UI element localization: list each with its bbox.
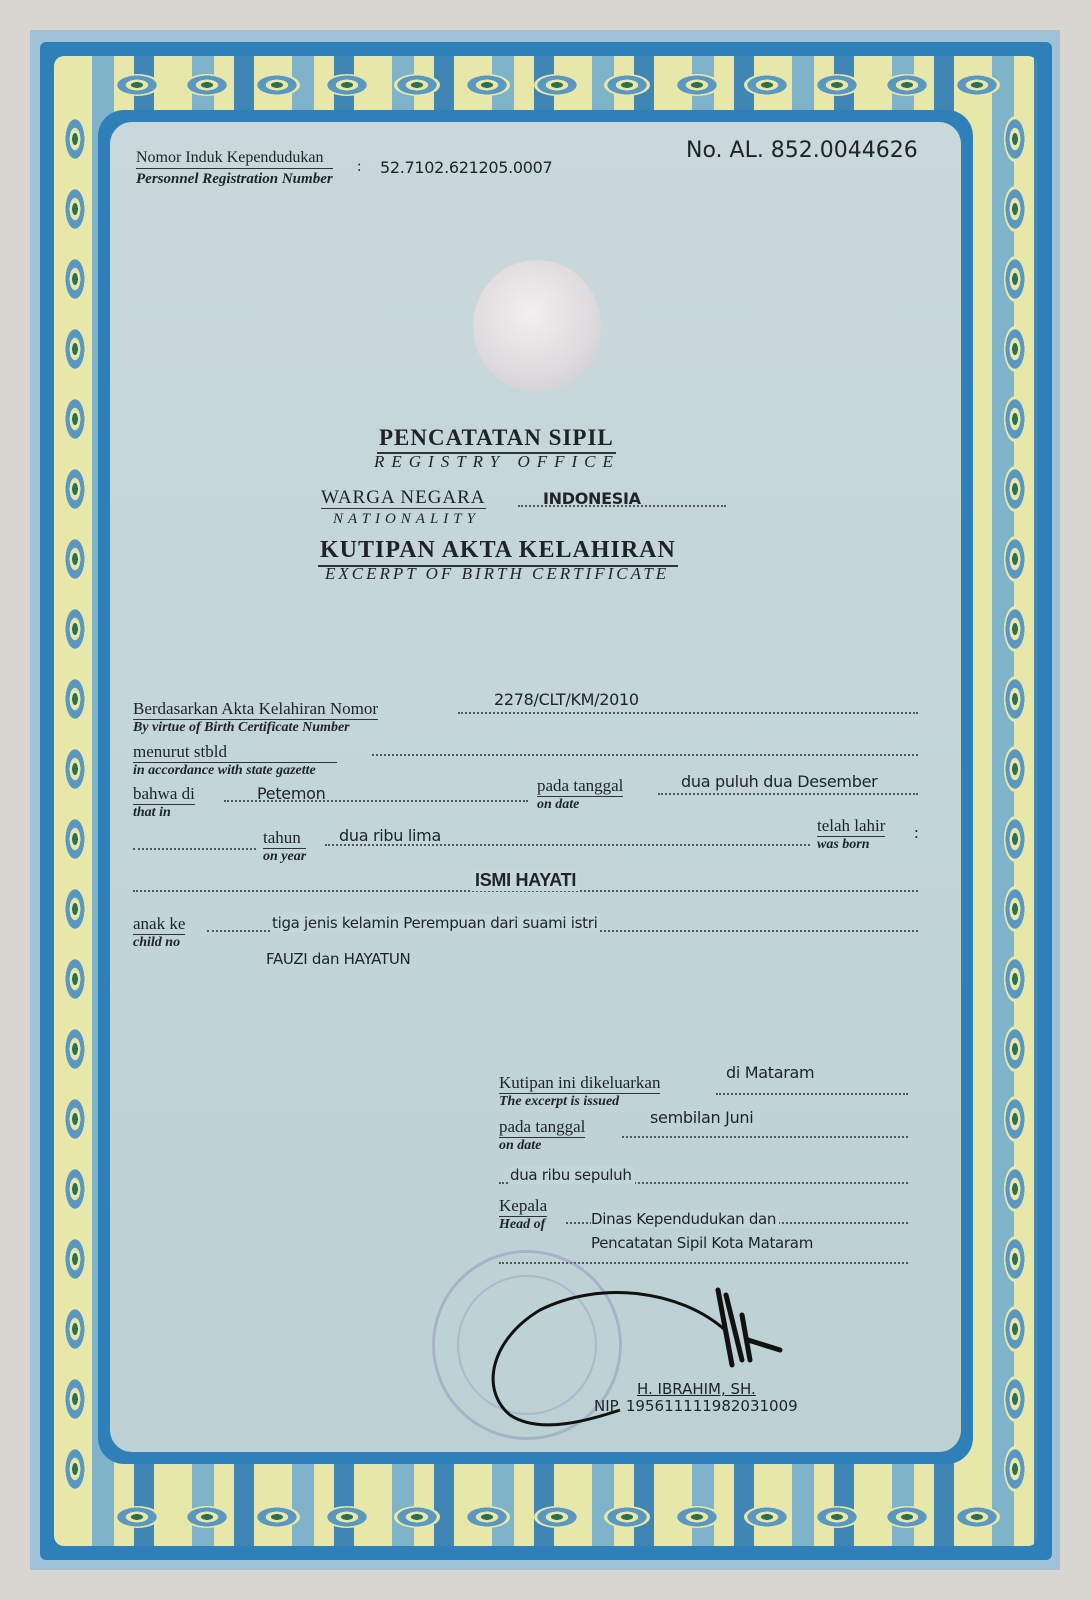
year-label-en: on year	[263, 849, 306, 865]
office-title-en: REGISTRY OFFICE	[374, 452, 620, 472]
year-label-group: tahun on year	[263, 828, 306, 865]
year-leading-dotted-line	[133, 848, 256, 850]
stbld-dotted-line	[372, 754, 918, 756]
year-label: tahun	[263, 828, 306, 849]
born-label-group: telah lahir was born	[817, 816, 885, 853]
serial-number: No. AL. 852.0044626	[686, 138, 918, 163]
issue-date-dotted-line	[622, 1136, 908, 1138]
issued-label: Kutipan ini dikeluarkan	[499, 1073, 660, 1094]
nik-separator: :	[357, 158, 361, 176]
nationality-label-en: NATIONALITY	[333, 511, 480, 528]
nationality-label: WARGA NEGARA	[321, 488, 486, 509]
parents-value: FAUZI dan HAYATUN	[266, 950, 410, 968]
document-title: KUTIPAN AKTA KELAHIRAN	[318, 537, 678, 567]
cert-number-label-group: Berdasarkan Akta Kelahiran Nomor By virt…	[133, 699, 378, 736]
born-label-en: was born	[817, 837, 885, 853]
date-dotted-line	[658, 793, 918, 795]
issue-date-value: sembilan Juni	[650, 1108, 753, 1127]
stbld-label: menurut stbld	[133, 742, 337, 763]
signatory-nip: NIP. 195611111982031009	[594, 1397, 798, 1415]
issued-label-group: Kutipan ini dikeluarkan The excerpt is i…	[499, 1073, 660, 1110]
cert-number-value: 2278/CLT/KM/2010	[494, 690, 639, 709]
born-label: telah lahir	[817, 816, 885, 837]
place-label-en: that in	[133, 805, 195, 821]
cert-number-label: Berdasarkan Akta Kelahiran Nomor	[133, 699, 378, 720]
child-no-value: tiga jenis kelamin Perempuan dari suami …	[272, 914, 600, 932]
issue-date-label: pada tanggal	[499, 1117, 585, 1138]
child-no-label-en: child no	[133, 935, 185, 951]
place-value: Petemon	[257, 784, 325, 803]
nationality-value: INDONESIA	[543, 489, 641, 508]
head-label-en: Head of	[499, 1216, 547, 1233]
child-no-label: anak ke	[133, 914, 185, 935]
child-name: ISMI HAYATI	[472, 870, 579, 891]
signatory-name: H. IBRAHIM, SH.	[637, 1380, 756, 1398]
date-label-en: on date	[537, 797, 623, 813]
place-label: bahwa di	[133, 784, 195, 805]
hologram-seal	[473, 260, 601, 392]
document-title-en: EXCERPT OF BIRTH CERTIFICATE	[325, 564, 669, 584]
date-label-group: pada tanggal on date	[537, 776, 623, 813]
issued-place: di Mataram	[726, 1063, 814, 1082]
year-value: dua ribu lima	[339, 826, 441, 845]
date-label: pada tanggal	[537, 776, 623, 797]
stbld-label-group: menurut stbld in accordance with state g…	[133, 742, 337, 779]
nik-label-group: Nomor Induk Kependudukan Personnel Regis…	[136, 148, 333, 187]
nik-value: 52.7102.621205.0007	[380, 158, 552, 177]
issue-date-label-group: pada tanggal on date	[499, 1117, 585, 1154]
issued-label-en: The excerpt is issued	[499, 1094, 660, 1110]
head-label: Kepala	[499, 1196, 547, 1216]
nik-label-en: Personnel Registration Number	[136, 171, 333, 187]
stbld-label-en: in accordance with state gazette	[133, 763, 337, 779]
issue-year-value: dua ribu sepuluh	[510, 1166, 635, 1184]
date-value: dua puluh dua Desember	[681, 772, 877, 791]
nik-label: Nomor Induk Kependudukan	[136, 148, 333, 169]
issued-dotted-line	[716, 1093, 908, 1095]
office-line-2: Pencatatan Sipil Kota Mataram	[591, 1234, 813, 1252]
office-title: PENCATATAN SIPIL	[377, 425, 616, 454]
place-label-group: bahwa di that in	[133, 784, 195, 821]
issue-date-label-en: on date	[499, 1138, 585, 1154]
child-no-label-group: anak ke child no	[133, 914, 185, 951]
born-separator: :	[914, 823, 919, 843]
head-label-group: Kepala Head of	[499, 1196, 547, 1233]
office-line-1: Dinas Kependudukan dan	[591, 1210, 779, 1228]
cert-number-label-en: By virtue of Birth Certificate Number	[133, 720, 378, 736]
cert-number-dotted-line	[458, 712, 918, 714]
